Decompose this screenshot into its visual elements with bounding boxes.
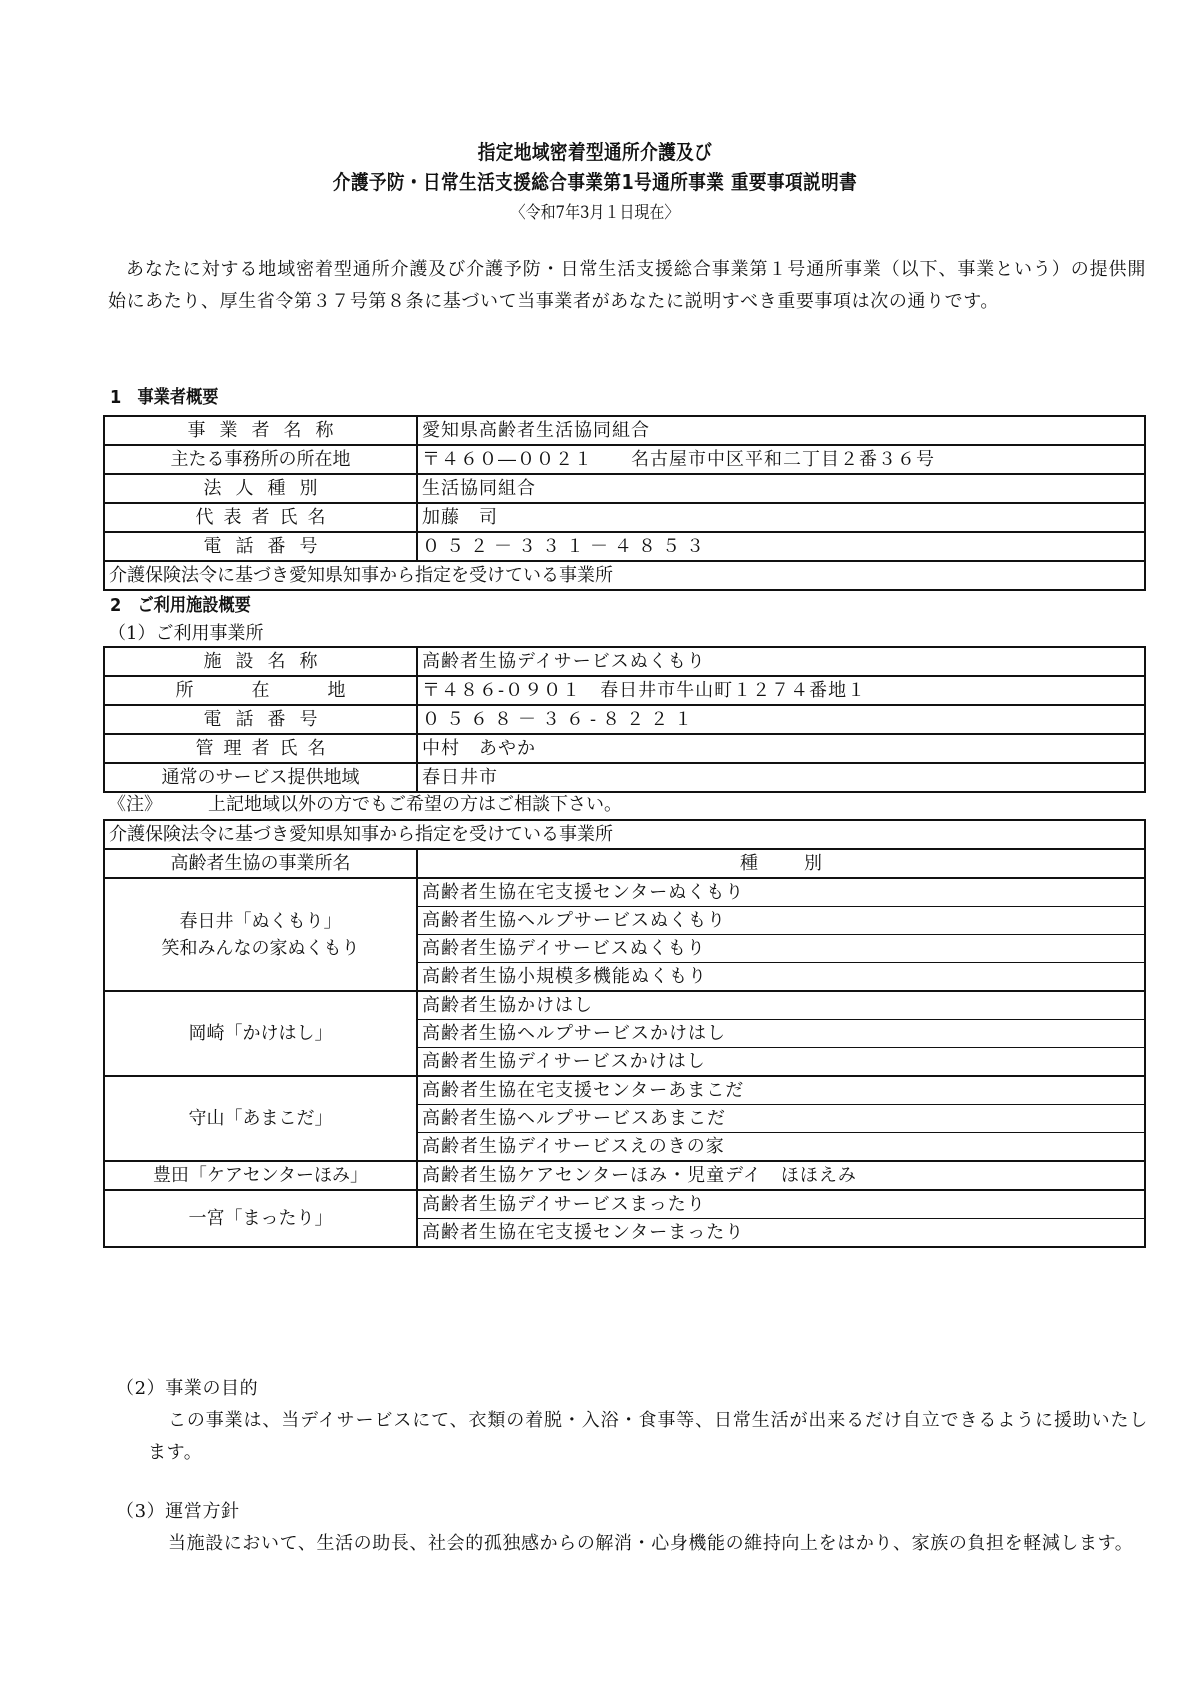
- table-label: 法人種別: [104, 474, 417, 503]
- section-1-heading: 1 事業者概要: [110, 386, 218, 410]
- office-group-name: 豊田「ケアセンターほみ」: [104, 1161, 417, 1190]
- table-row: 事業者名称 愛知県高齢者生活協同組合: [104, 416, 1145, 445]
- office-type: 高齢者生協デイサービスぬくもり: [417, 935, 1145, 963]
- table-row: 介護保険法令に基づき愛知県知事から指定を受けている事業所: [104, 561, 1145, 590]
- designation-note: 介護保険法令に基づき愛知県知事から指定を受けている事業所: [104, 561, 1145, 590]
- office-group-name: 春日井「ぬくもり」 笑和みんなの家ぬくもり: [104, 878, 417, 991]
- office-group-name: 守山「あまこだ」: [104, 1076, 417, 1161]
- table-row: 守山「あまこだ」 高齢者生協在宅支援センターあまこだ: [104, 1076, 1145, 1105]
- table-label: 代表者氏名: [104, 503, 417, 532]
- column-header-type: 種別: [417, 849, 1145, 878]
- column-header-office-name: 高齢者生協の事業所名: [104, 849, 417, 878]
- office-type: 高齢者生協小規模多機能ぬくもり: [417, 963, 1145, 992]
- office-group-name: 一宮「まったり」: [104, 1190, 417, 1247]
- table-label: 電話番号: [104, 532, 417, 561]
- operator-overview-table: 事業者名称 愛知県高齢者生活協同組合 主たる事務所の所在地 〒４６０―００２１ …: [103, 415, 1146, 591]
- table-value: 愛知県高齢者生活協同組合: [417, 416, 1145, 445]
- table-row: 春日井「ぬくもり」 笑和みんなの家ぬくもり 高齢者生協在宅支援センターぬくもり: [104, 878, 1145, 907]
- intro-paragraph: あなたに対する地域密着型通所介護及び介護予防・日常生活支援総合事業第１号通所事業…: [108, 254, 1146, 318]
- table-value: 加藤 司: [417, 503, 1145, 532]
- table-value: 〒４６０―００２１ 名古屋市中区平和二丁目２番３６号: [417, 445, 1145, 474]
- table-row: 主たる事務所の所在地 〒４６０―００２１ 名古屋市中区平和二丁目２番３６号: [104, 445, 1145, 474]
- table-row: 通常のサービス提供地域 春日井市: [104, 763, 1145, 792]
- office-type: 高齢者生協在宅支援センターまったり: [417, 1219, 1145, 1248]
- office-type: 高齢者生協在宅支援センターあまこだ: [417, 1076, 1145, 1105]
- table-row: 施設名称 高齢者生協デイサービスぬくもり: [104, 647, 1145, 676]
- purpose-body: この事業は、当デイサービスにて、衣類の着脱・入浴・食事等、日常生活が出来るだけ自…: [108, 1405, 1148, 1469]
- table-value: 春日井市: [417, 763, 1145, 792]
- office-type: 高齢者生協デイサービスかけはし: [417, 1048, 1145, 1077]
- purpose-heading: （2）事業の目的: [116, 1373, 1148, 1405]
- document-page: 指定地域密着型通所介護及び 介護予防・日常生活支援総合事業第1号通所事業 重要事…: [0, 0, 1190, 1683]
- table-label: 通常のサービス提供地域: [104, 763, 417, 792]
- table-label: 施設名称: [104, 647, 417, 676]
- offices-table: 介護保険法令に基づき愛知県知事から指定を受けている事業所 高齢者生協の事業所名 …: [103, 819, 1146, 1248]
- facility-table: 施設名称 高齢者生協デイサービスぬくもり 所在地 〒４８６-０９０１ 春日井市牛…: [103, 646, 1146, 793]
- policy-heading: （3）運営方針: [116, 1496, 1148, 1528]
- sub-heading-facility: （1）ご利用事業所: [108, 622, 263, 646]
- note-text: 上記地域以外の方でもご希望の方はご相談下さい。: [208, 794, 622, 815]
- table-value: 高齢者生協デイサービスぬくもり: [417, 647, 1145, 676]
- table-row: 電話番号 ０５２－３３１－４８５３: [104, 532, 1145, 561]
- table-row: 所在地 〒４８６-０９０１ 春日井市牛山町１２７４番地１: [104, 676, 1145, 705]
- table-row: 代表者氏名 加藤 司: [104, 503, 1145, 532]
- document-title-line-2: 介護予防・日常生活支援総合事業第1号通所事業 重要事項説明書: [71, 167, 1118, 197]
- office-type: 高齢者生協かけはし: [417, 991, 1145, 1020]
- table-value: 〒４８６-０９０１ 春日井市牛山町１２７４番地１: [417, 676, 1145, 705]
- table-row: 電話番号 ０５６８－３６-８２２１: [104, 705, 1145, 734]
- office-type: 高齢者生協ケアセンターほみ・児童デイ ほほえみ: [417, 1161, 1145, 1190]
- table-row: 一宮「まったり」 高齢者生協デイサービスまったり: [104, 1190, 1145, 1219]
- note-mark: 《注》: [108, 793, 208, 817]
- document-date: 〈令和7年3月１日現在〉: [71, 201, 1118, 225]
- table-value: 中村 あやか: [417, 734, 1145, 763]
- table-value: ０５２－３３１－４８５３: [417, 532, 1145, 561]
- table-label: 管理者氏名: [104, 734, 417, 763]
- policy-section: （3）運営方針 当施設において、生活の助長、社会的孤独感からの解消・心身機能の維…: [108, 1496, 1148, 1560]
- table-value: 生活協同組合: [417, 474, 1145, 503]
- office-type: 高齢者生協デイサービスまったり: [417, 1190, 1145, 1219]
- purpose-section: （2）事業の目的 この事業は、当デイサービスにて、衣類の着脱・入浴・食事等、日常…: [108, 1373, 1148, 1469]
- service-area-note: 《注》上記地域以外の方でもご希望の方はご相談下さい。: [108, 793, 622, 817]
- table-row: 岡崎「かけはし」 高齢者生協かけはし: [104, 991, 1145, 1020]
- policy-body: 当施設において、生活の助長、社会的孤独感からの解消・心身機能の維持向上をはかり、…: [108, 1528, 1148, 1560]
- office-group-name: 岡崎「かけはし」: [104, 991, 417, 1076]
- document-title-line-1: 指定地域密着型通所介護及び: [71, 137, 1118, 167]
- office-type: 高齢者生協在宅支援センターぬくもり: [417, 878, 1145, 907]
- table-label: 所在地: [104, 676, 417, 705]
- table-value: ０５６８－３６-８２２１: [417, 705, 1145, 734]
- offices-caption: 介護保険法令に基づき愛知県知事から指定を受けている事業所: [104, 820, 1145, 849]
- office-type: 高齢者生協ヘルプサービスぬくもり: [417, 907, 1145, 935]
- office-type: 高齢者生協ヘルプサービスかけはし: [417, 1020, 1145, 1048]
- section-2-heading: 2 ご利用施設概要: [110, 594, 251, 618]
- office-type: 高齢者生協デイサービスえのきの家: [417, 1133, 1145, 1162]
- table-row: 法人種別 生活協同組合: [104, 474, 1145, 503]
- table-header-row: 高齢者生協の事業所名 種別: [104, 849, 1145, 878]
- table-label: 主たる事務所の所在地: [104, 445, 417, 474]
- table-label: 電話番号: [104, 705, 417, 734]
- document-title-block: 指定地域密着型通所介護及び 介護予防・日常生活支援総合事業第1号通所事業 重要事…: [0, 137, 1190, 225]
- table-row: 介護保険法令に基づき愛知県知事から指定を受けている事業所: [104, 820, 1145, 849]
- office-type: 高齢者生協ヘルプサービスあまこだ: [417, 1105, 1145, 1133]
- table-label: 事業者名称: [104, 416, 417, 445]
- table-row: 管理者氏名 中村 あやか: [104, 734, 1145, 763]
- table-row: 豊田「ケアセンターほみ」 高齢者生協ケアセンターほみ・児童デイ ほほえみ: [104, 1161, 1145, 1190]
